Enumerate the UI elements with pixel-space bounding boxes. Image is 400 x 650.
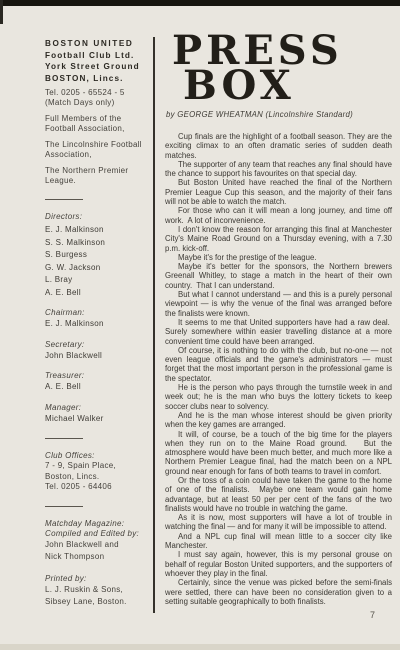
article-paragraph: The supporter of any team that reaches a… (165, 160, 392, 179)
article-paragraph: Maybe it's better for the sponsors, the … (165, 262, 392, 290)
article-paragraph: Certainly, since the venue was picked be… (165, 578, 392, 606)
article-paragraph: And a NPL cup final will mean little to … (165, 532, 392, 551)
treasurer-name: A. E. Bell (45, 381, 153, 394)
manager-label: Manager: (45, 403, 153, 413)
article-body: Cup finals are the highlight of a footba… (165, 132, 392, 606)
club-info-sidebar: BOSTON UNITED Football Club Ltd. York St… (45, 38, 153, 609)
top-scan-edge (0, 0, 400, 6)
article-paragraph: As it is now, most supporters will have … (165, 513, 392, 532)
article-paragraph: Cup finals are the highlight of a footba… (165, 132, 392, 160)
article-paragraph: I must say again, however, this is my pe… (165, 550, 392, 578)
printed-by-label: Printed by: (45, 574, 153, 584)
article-paragraph: It seems to me that United supporters ha… (165, 318, 392, 346)
membership-item: The Lincolnshire Football Association, (45, 140, 153, 160)
editor-name-line: John Blackwell and (45, 539, 153, 552)
printer-line: L. J. Ruskin & Sons, (45, 584, 153, 597)
article-paragraph: He is the person who pays through the tu… (165, 383, 392, 411)
directors-label: Directors: (45, 212, 153, 222)
chairman-label: Chairman: (45, 308, 153, 318)
page-number: 7 (370, 610, 375, 620)
membership-list: Full Members of the Football Association… (45, 114, 153, 186)
article-title: PRESS BOX (172, 33, 392, 103)
director-name: A. E. Bell (45, 287, 153, 300)
address-line: 7 - 9, Spain Place, (45, 461, 153, 472)
programme-page: BOSTON UNITED Football Club Ltd. York St… (0, 0, 400, 650)
director-name: L. Bray (45, 274, 153, 287)
press-box-article: PRESS BOX by GEORGE WHEATMAN (Lincolnshi… (165, 33, 392, 606)
director-name: E. J. Malkinson (45, 224, 153, 237)
club-name-suffix: Football Club Ltd. (45, 50, 153, 62)
phone-note: (Match Days only) (45, 98, 153, 108)
membership-item: The Northern Premier League. (45, 166, 153, 186)
left-scan-edge (0, 0, 3, 24)
magazine-editors: John Blackwell andNick Thompson (45, 539, 153, 564)
club-header: BOSTON UNITED Football Club Ltd. York St… (45, 38, 153, 84)
article-paragraph: I don't know the reason for arranging th… (165, 225, 392, 253)
article-paragraph: But what I cannot understand — and this … (165, 290, 392, 318)
chairman-name: E. J. Malkinson (45, 318, 153, 331)
article-paragraph: Of course, it is nothing to do with the … (165, 346, 392, 383)
phone-number: Tel. 0205 - 65524 - 5 (45, 88, 153, 98)
manager-name: Michael Walker (45, 413, 153, 426)
magazine-subtitle: Compiled and Edited by: (45, 529, 153, 539)
secretary-label: Secretary: (45, 340, 153, 350)
column-divider (153, 37, 155, 613)
phone-block: Tel. 0205 - 65524 - 5 (Match Days only) (45, 88, 153, 108)
editor-name-line: Nick Thompson (45, 551, 153, 564)
printer-line: Sibsey Lane, Boston. (45, 596, 153, 609)
directors-list: E. J. MalkinsonS. S. MalkinsonS. Burgess… (45, 224, 153, 299)
ground-name: York Street Ground (45, 61, 153, 73)
address-line: Boston, Lincs. (45, 472, 153, 483)
director-name: S. S. Malkinson (45, 237, 153, 250)
article-paragraph: And he is the man whose interest should … (165, 411, 392, 430)
director-name: S. Burgess (45, 249, 153, 262)
article-paragraph: For those who can it will mean a long jo… (165, 206, 392, 225)
section-divider (45, 438, 83, 439)
article-paragraph: Maybe it's for the prestige of the leagu… (165, 253, 392, 262)
membership-item: Full Members of the Football Association… (45, 114, 153, 134)
article-byline: by GEORGE WHEATMAN (Lincolnshire Standar… (166, 110, 392, 119)
bottom-scan-edge (0, 644, 400, 650)
address-line: Tel. 0205 - 64406 (45, 482, 153, 493)
section-divider (45, 506, 83, 507)
magazine-label: Matchday Magazine: (45, 519, 153, 529)
article-paragraph: Or the toss of a coin could have taken t… (165, 476, 392, 513)
treasurer-label: Treasurer: (45, 371, 153, 381)
club-name: BOSTON UNITED (45, 38, 153, 50)
article-paragraph: But Boston United have reached the final… (165, 178, 392, 206)
title-line-2: BOX (183, 68, 392, 103)
printer-address: L. J. Ruskin & Sons,Sibsey Lane, Boston. (45, 584, 153, 609)
club-town: BOSTON, Lincs. (45, 73, 153, 85)
article-paragraph: It will, of course, be a touch of the bi… (165, 430, 392, 476)
section-divider (45, 199, 83, 200)
secretary-name: John Blackwell (45, 350, 153, 363)
printer-block: Printed by: L. J. Ruskin & Sons,Sibsey L… (45, 574, 153, 609)
director-name: G. W. Jackson (45, 262, 153, 275)
club-offices-label: Club Offices: (45, 451, 153, 461)
club-offices-address: 7 - 9, Spain Place,Boston, Lincs.Tel. 02… (45, 461, 153, 493)
